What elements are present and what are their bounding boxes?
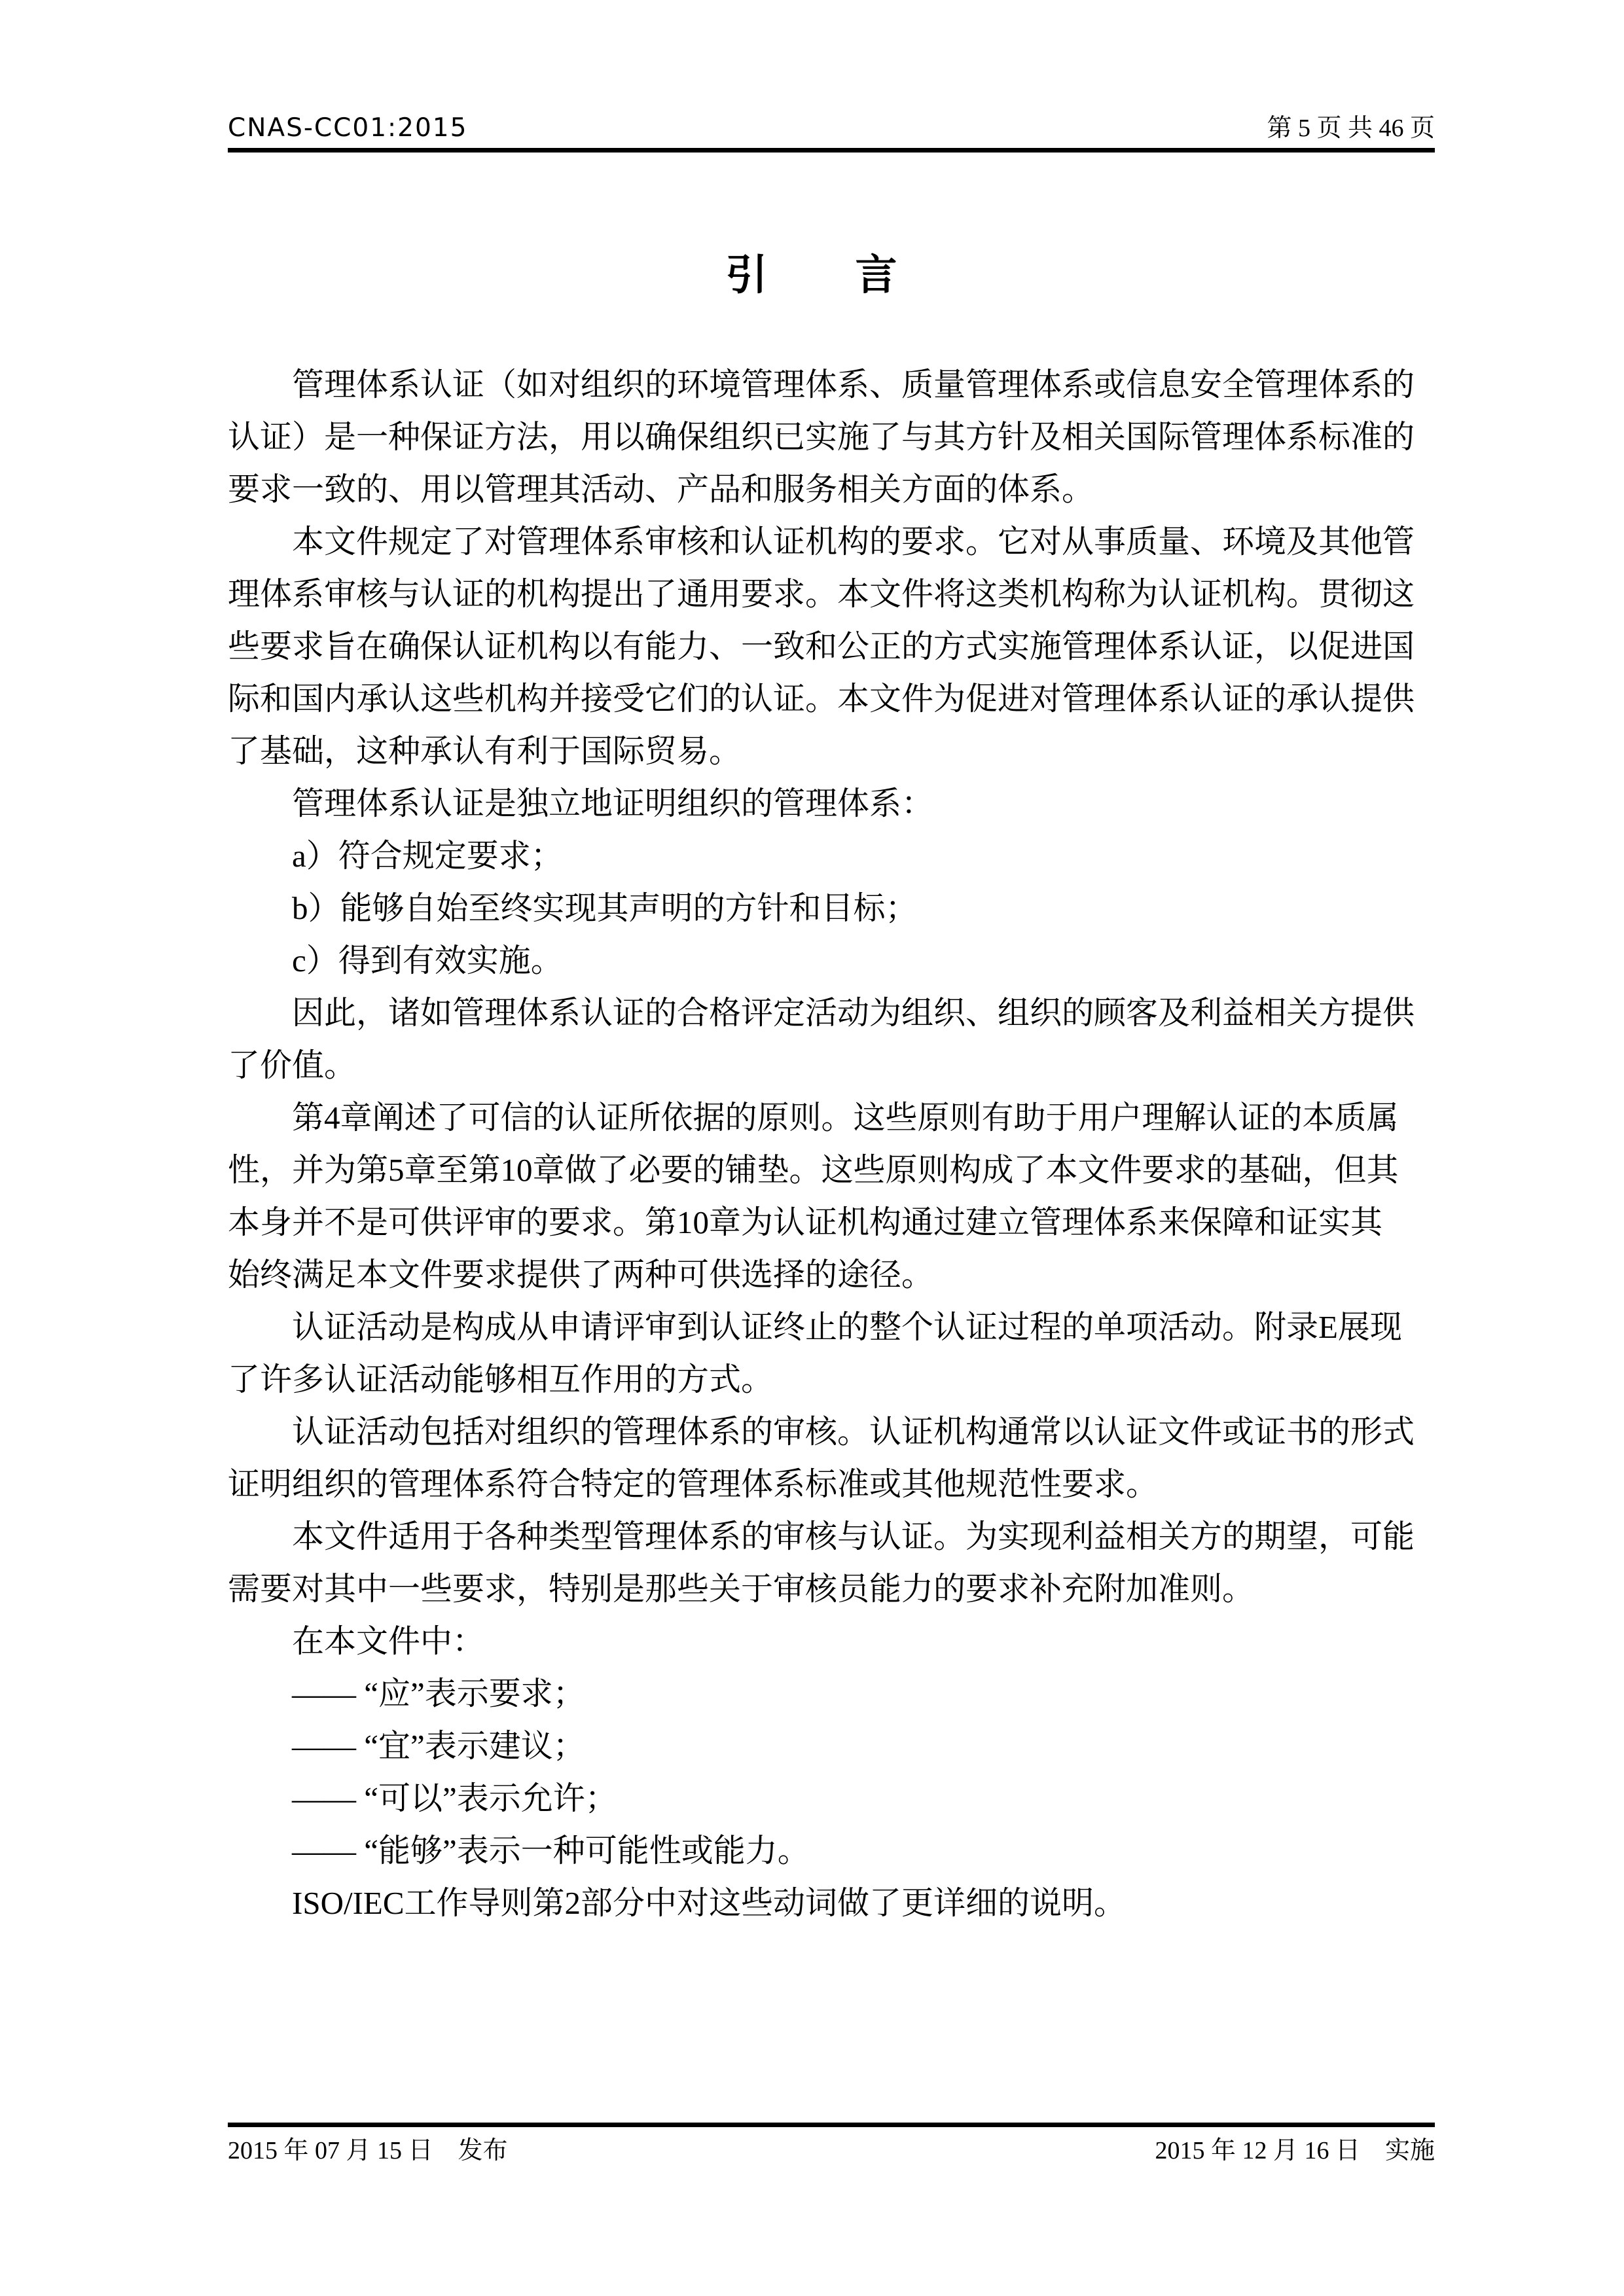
body-line: 管理体系认证（如对组织的环境管理体系、质量管理体系或信息安全管理体系的 [228,359,1437,411]
page-title: 引 言 [0,251,1624,300]
body-line: 因此，诸如管理体系认证的合格评定活动为组织、组织的顾客及利益相关方提供 [228,987,1437,1039]
page-number: 第 5 页 共 46 页 [1267,114,1435,144]
issue-date: 2015 年 07 月 15 日 发布 [228,2135,508,2167]
implementation-date: 2015 年 12 月 16 日 实施 [1155,2135,1435,2167]
body-line: 本文件规定了对管理体系审核和认证机构的要求。它对从事质量、环境及其他管 [228,516,1437,568]
document-body: 管理体系认证（如对组织的环境管理体系、质量管理体系或信息安全管理体系的 认证）是… [228,359,1437,1929]
page-header: CNAS-CC01:2015 第 5 页 共 46 页 [228,105,1435,144]
body-line: 管理体系认证是独立地证明组织的管理体系： [228,778,1437,830]
body-line: 证明组织的管理体系符合特定的管理体系标准或其他规范性要求。 [228,1458,1437,1511]
body-line: 认证活动是构成从申请评审到认证终止的整个认证过程的单项活动。附录E展现 [228,1301,1437,1354]
page-footer: 2015 年 07 月 15 日 发布 2015 年 12 月 16 日 实施 [228,2135,1435,2167]
body-line: 理体系审核与认证的机构提出了通用要求。本文件将这类机构称为认证机构。贯彻这 [228,568,1437,620]
body-line: 始终满足本文件要求提供了两种可供选择的途径。 [228,1249,1437,1301]
document-code: CNAS-CC01:2015 [228,113,467,144]
dash-item-shall: —— “应”表示要求； [228,1668,1437,1720]
body-line: 了价值。 [228,1039,1437,1092]
body-line: 际和国内承认这些机构并接受它们的认证。本文件为促进对管理体系认证的承认提供 [228,673,1437,725]
dash-item-may: —— “可以”表示允许； [228,1772,1437,1825]
footer-rule [228,2123,1435,2127]
body-line: 了基础，这种承认有利于国际贸易。 [228,725,1437,778]
body-line: 需要对其中一些要求，特别是那些关于审核员能力的要求补充附加准则。 [228,1563,1437,1615]
body-line: 本文件适用于各种类型管理体系的审核与认证。为实现利益相关方的期望，可能 [228,1511,1437,1563]
body-line: 认证）是一种保证方法，用以确保组织已实施了与其方针及相关国际管理体系标准的 [228,411,1437,463]
body-line: 在本文件中： [228,1615,1437,1668]
body-line: 些要求旨在确保认证机构以有能力、一致和公正的方式实施管理体系认证，以促进国 [228,620,1437,673]
body-line: 性，并为第5章至第10章做了必要的铺垫。这些原则构成了本文件要求的基础，但其 [228,1144,1437,1196]
body-line: 本身并不是可供评审的要求。第10章为认证机构通过建立管理体系来保障和证实其 [228,1196,1437,1249]
body-line: 了许多认证活动能够相互作用的方式。 [228,1354,1437,1406]
list-item-c: c）得到有效实施。 [228,935,1437,987]
header-rule [228,148,1435,152]
list-item-a: a）符合规定要求； [228,830,1437,882]
dash-item-can: —— “能够”表示一种可能性或能力。 [228,1825,1437,1877]
dash-item-should: —— “宜”表示建议； [228,1720,1437,1772]
body-line: 要求一致的、用以管理其活动、产品和服务相关方面的体系。 [228,463,1437,516]
document-page: CNAS-CC01:2015 第 5 页 共 46 页 引 言 管理体系认证（如… [0,0,1624,2296]
body-line: ISO/IEC工作导则第2部分中对这些动词做了更详细的说明。 [228,1877,1437,1929]
body-line: 认证活动包括对组织的管理体系的审核。认证机构通常以认证文件或证书的形式 [228,1406,1437,1458]
body-line: 第4章阐述了可信的认证所依据的原则。这些原则有助于用户理解认证的本质属 [228,1092,1437,1144]
list-item-b: b）能够自始至终实现其声明的方针和目标； [228,882,1437,935]
